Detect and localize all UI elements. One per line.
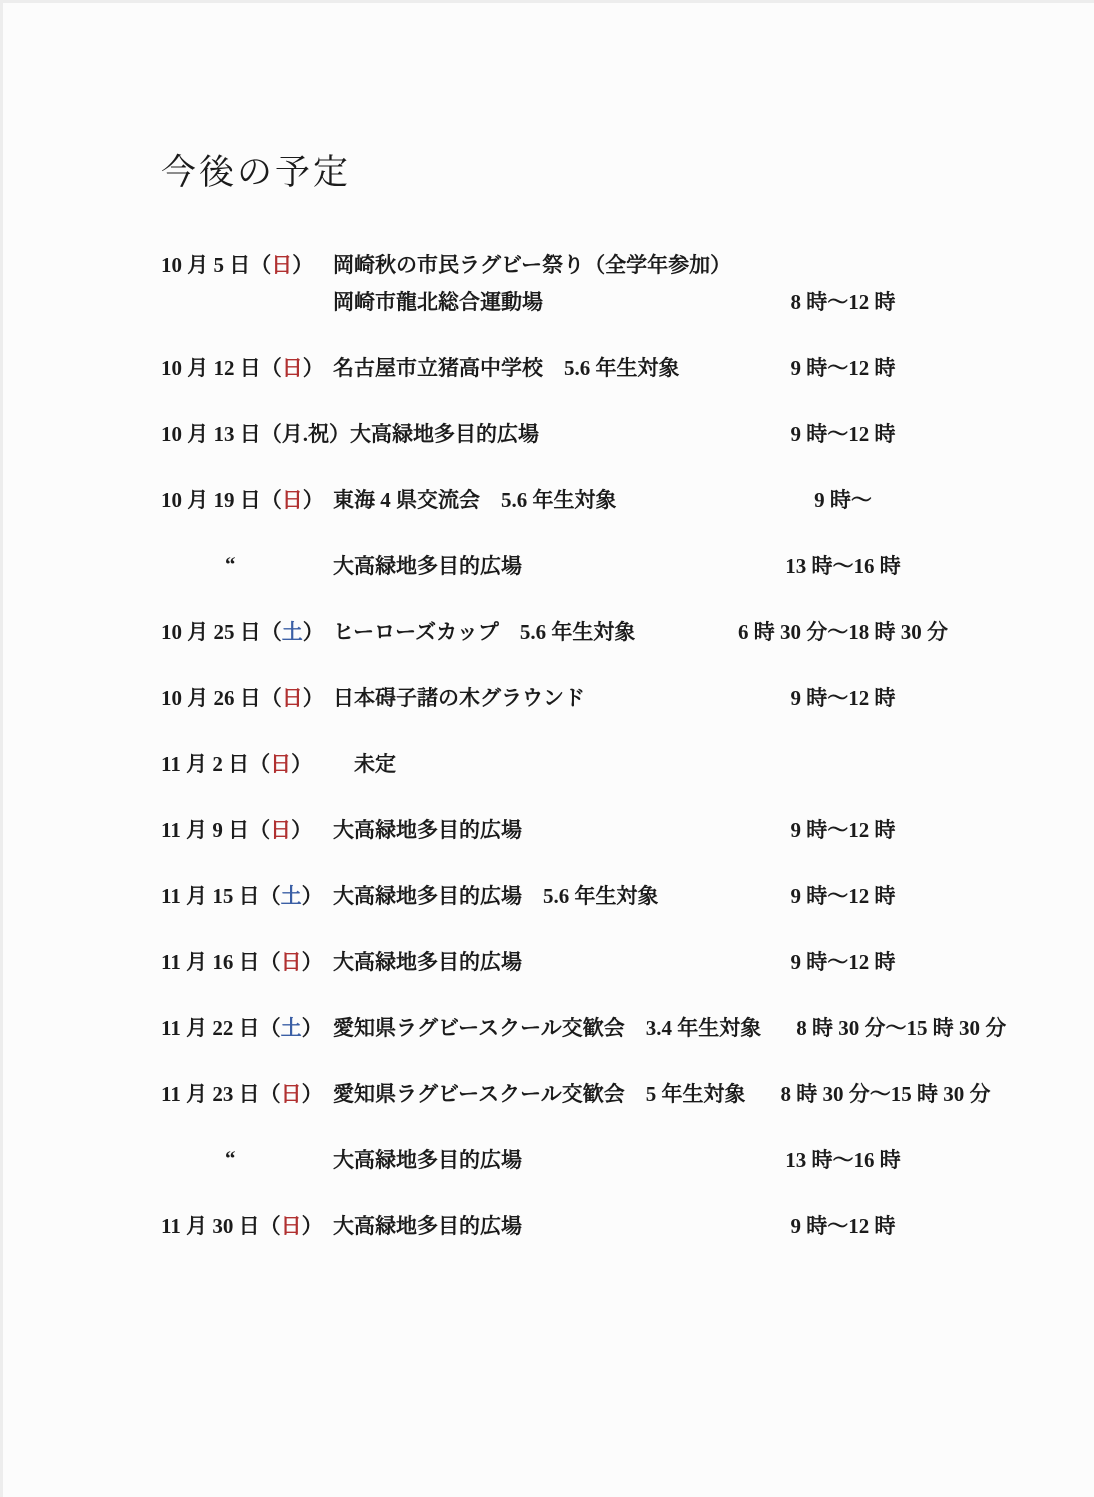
schedule-date: 11 月 15 日（土） — [161, 880, 333, 910]
schedule-list: 10 月 5 日（日） 岡崎秋の市民ラグビー祭り（全学年参加） 岡崎市龍北総合運… — [161, 245, 1094, 1243]
schedule-date: “ — [161, 1146, 333, 1171]
event-label: 大高緑地多目的広場 — [333, 1144, 703, 1174]
date-closing-paren: ） — [302, 1082, 323, 1106]
event-label: 東海 4 県交流会 5.6 年生対象 — [333, 484, 703, 514]
date-text: 11 月 9 日（ — [161, 818, 270, 842]
event-label: 未定 — [333, 748, 703, 778]
date-closing-paren: ） — [303, 356, 324, 380]
schedule-row: 10 月 12 日（日） 名古屋市立猪高中学校 5.6 年生対象 9 時～12 … — [161, 348, 1094, 385]
event-label: 愛知県ラグビースクール交歓会 3.4 年生対象 — [333, 1012, 761, 1042]
date-closing-paren: ） — [303, 620, 324, 644]
schedule-date: 11 月 2 日（日） — [161, 748, 333, 778]
weekday-label: 日 — [281, 1082, 302, 1106]
event-label: 大高緑地多目的広場 — [333, 814, 703, 844]
schedule-row: 11 月 22 日（土） 愛知県ラグビースクール交歓会 3.4 年生対象 8 時… — [161, 1008, 1094, 1045]
date-text: “ — [225, 1146, 236, 1170]
time-label: 9 時～12 時 — [703, 880, 983, 910]
date-text: 11 月 22 日（ — [161, 1016, 281, 1040]
page-title: 今後の予定 — [161, 151, 1094, 195]
date-closing-paren: ） — [302, 884, 323, 908]
event-label: 日本碍子諸の木グラウンド — [333, 682, 703, 712]
event-label: 岡崎秋の市民ラグビー祭り（全学年参加） — [333, 249, 731, 279]
schedule-date: “ — [161, 552, 333, 577]
date-text: 11 月 2 日（ — [161, 752, 270, 776]
weekday-label: 土 — [282, 620, 303, 644]
schedule-date: 11 月 16 日（日） — [161, 946, 333, 976]
date-text: 11 月 30 日（ — [161, 1214, 281, 1238]
event-label: 大高緑地多目的広場 5.6 年生対象 — [333, 880, 703, 910]
time-label: 13 時～16 時 — [703, 1144, 983, 1174]
date-text: 10 月 26 日（ — [161, 686, 282, 710]
event-label: 大高緑地多目的広場 — [350, 418, 703, 448]
schedule-date: 11 月 22 日（土） — [161, 1012, 333, 1042]
weekday-label: 月.祝 — [282, 422, 329, 446]
time-label: 9 時～12 時 — [703, 814, 983, 844]
schedule-document: 今後の予定 10 月 5 日（日） 岡崎秋の市民ラグビー祭り（全学年参加） 岡崎… — [3, 3, 1094, 1243]
schedule-date: 11 月 30 日（日） — [161, 1210, 333, 1240]
date-text: “ — [225, 552, 236, 576]
schedule-date: 10 月 13 日（月.祝） — [161, 418, 350, 448]
weekday-label: 日 — [282, 356, 303, 380]
time-label: 8 時 30 分～15 時 30 分 — [745, 1078, 1025, 1108]
date-closing-paren: ） — [291, 818, 312, 842]
document-page: { "page": { "title": "今後の予定" }, "colors"… — [0, 0, 1094, 1497]
schedule-row: 10 月 19 日（日） 東海 4 県交流会 5.6 年生対象 9 時～ — [161, 480, 1094, 517]
date-text: 11 月 16 日（ — [161, 950, 281, 974]
date-closing-paren: ） — [302, 1214, 323, 1238]
time-label: 8 時～12 時 — [703, 286, 983, 316]
time-label: 9 時～12 時 — [703, 946, 983, 976]
schedule-row: “ 大高緑地多目的広場 13 時～16 時 — [161, 546, 1094, 583]
time-label: 9 時～ — [703, 484, 983, 514]
schedule-row: 10 月 13 日（月.祝） 大高緑地多目的広場 9 時～12 時 — [161, 414, 1094, 451]
schedule-row: 10 月 5 日（日） 岡崎秋の市民ラグビー祭り（全学年参加） — [161, 245, 1094, 282]
date-text: 11 月 23 日（ — [161, 1082, 281, 1106]
time-label: 13 時～16 時 — [703, 550, 983, 580]
schedule-row: 岡崎市龍北総合運動場 8 時～12 時 — [161, 282, 1094, 319]
event-label: 大高緑地多目的広場 — [333, 1210, 703, 1240]
event-label: 名古屋市立猪高中学校 5.6 年生対象 — [333, 352, 703, 382]
time-label: 9 時～12 時 — [703, 418, 983, 448]
event-label: 大高緑地多目的広場 — [333, 946, 703, 976]
schedule-row: 11 月 2 日（日） 未定 — [161, 744, 1094, 781]
schedule-row: 11 月 16 日（日） 大高緑地多目的広場 9 時～12 時 — [161, 942, 1094, 979]
weekday-label: 日 — [270, 752, 291, 776]
date-text: 10 月 12 日（ — [161, 356, 282, 380]
time-label: 9 時～12 時 — [703, 352, 983, 382]
date-text: 10 月 25 日（ — [161, 620, 282, 644]
schedule-date: 10 月 26 日（日） — [161, 682, 333, 712]
date-text: 10 月 5 日（ — [161, 253, 271, 277]
weekday-label: 日 — [271, 253, 292, 277]
time-label: 8 時 30 分～15 時 30 分 — [761, 1012, 1041, 1042]
schedule-date: 10 月 5 日（日） — [161, 249, 333, 279]
date-closing-paren: ） — [329, 422, 350, 446]
schedule-row: 11 月 30 日（日） 大高緑地多目的広場 9 時～12 時 — [161, 1206, 1094, 1243]
weekday-label: 日 — [270, 818, 291, 842]
weekday-label: 日 — [281, 1214, 302, 1238]
event-label: 岡崎市龍北総合運動場 — [333, 286, 703, 316]
time-label: 9 時～12 時 — [703, 682, 983, 712]
weekday-label: 日 — [281, 950, 302, 974]
schedule-date: 11 月 9 日（日） — [161, 814, 333, 844]
date-closing-paren: ） — [303, 488, 324, 512]
weekday-label: 土 — [281, 1016, 302, 1040]
weekday-label: 土 — [281, 884, 302, 908]
date-closing-paren: ） — [292, 253, 313, 277]
schedule-row: 10 月 26 日（日） 日本碍子諸の木グラウンド 9 時～12 時 — [161, 678, 1094, 715]
event-label: 大高緑地多目的広場 — [333, 550, 703, 580]
schedule-row: 11 月 15 日（土） 大高緑地多目的広場 5.6 年生対象 9 時～12 時 — [161, 876, 1094, 913]
time-label: 6 時 30 分～18 時 30 分 — [703, 616, 983, 646]
event-label: 愛知県ラグビースクール交歓会 5 年生対象 — [333, 1078, 745, 1108]
schedule-date: 10 月 25 日（土） — [161, 616, 333, 646]
date-text: 10 月 13 日（ — [161, 422, 282, 446]
date-text: 11 月 15 日（ — [161, 884, 281, 908]
time-label: 9 時～12 時 — [703, 1210, 983, 1240]
schedule-row: “ 大高緑地多目的広場 13 時～16 時 — [161, 1140, 1094, 1177]
weekday-label: 日 — [282, 686, 303, 710]
date-closing-paren: ） — [302, 1016, 323, 1040]
date-closing-paren: ） — [291, 752, 312, 776]
date-closing-paren: ） — [303, 686, 324, 710]
schedule-row: 11 月 9 日（日） 大高緑地多目的広場 9 時～12 時 — [161, 810, 1094, 847]
schedule-row: 10 月 25 日（土） ヒーローズカップ 5.6 年生対象 6 時 30 分～… — [161, 612, 1094, 649]
schedule-date: 11 月 23 日（日） — [161, 1078, 333, 1108]
date-closing-paren: ） — [302, 950, 323, 974]
date-text: 10 月 19 日（ — [161, 488, 282, 512]
weekday-label: 日 — [282, 488, 303, 512]
schedule-date: 10 月 12 日（日） — [161, 352, 333, 382]
event-label: ヒーローズカップ 5.6 年生対象 — [333, 616, 703, 646]
schedule-row: 11 月 23 日（日） 愛知県ラグビースクール交歓会 5 年生対象 8 時 3… — [161, 1074, 1094, 1111]
schedule-date: 10 月 19 日（日） — [161, 484, 333, 514]
